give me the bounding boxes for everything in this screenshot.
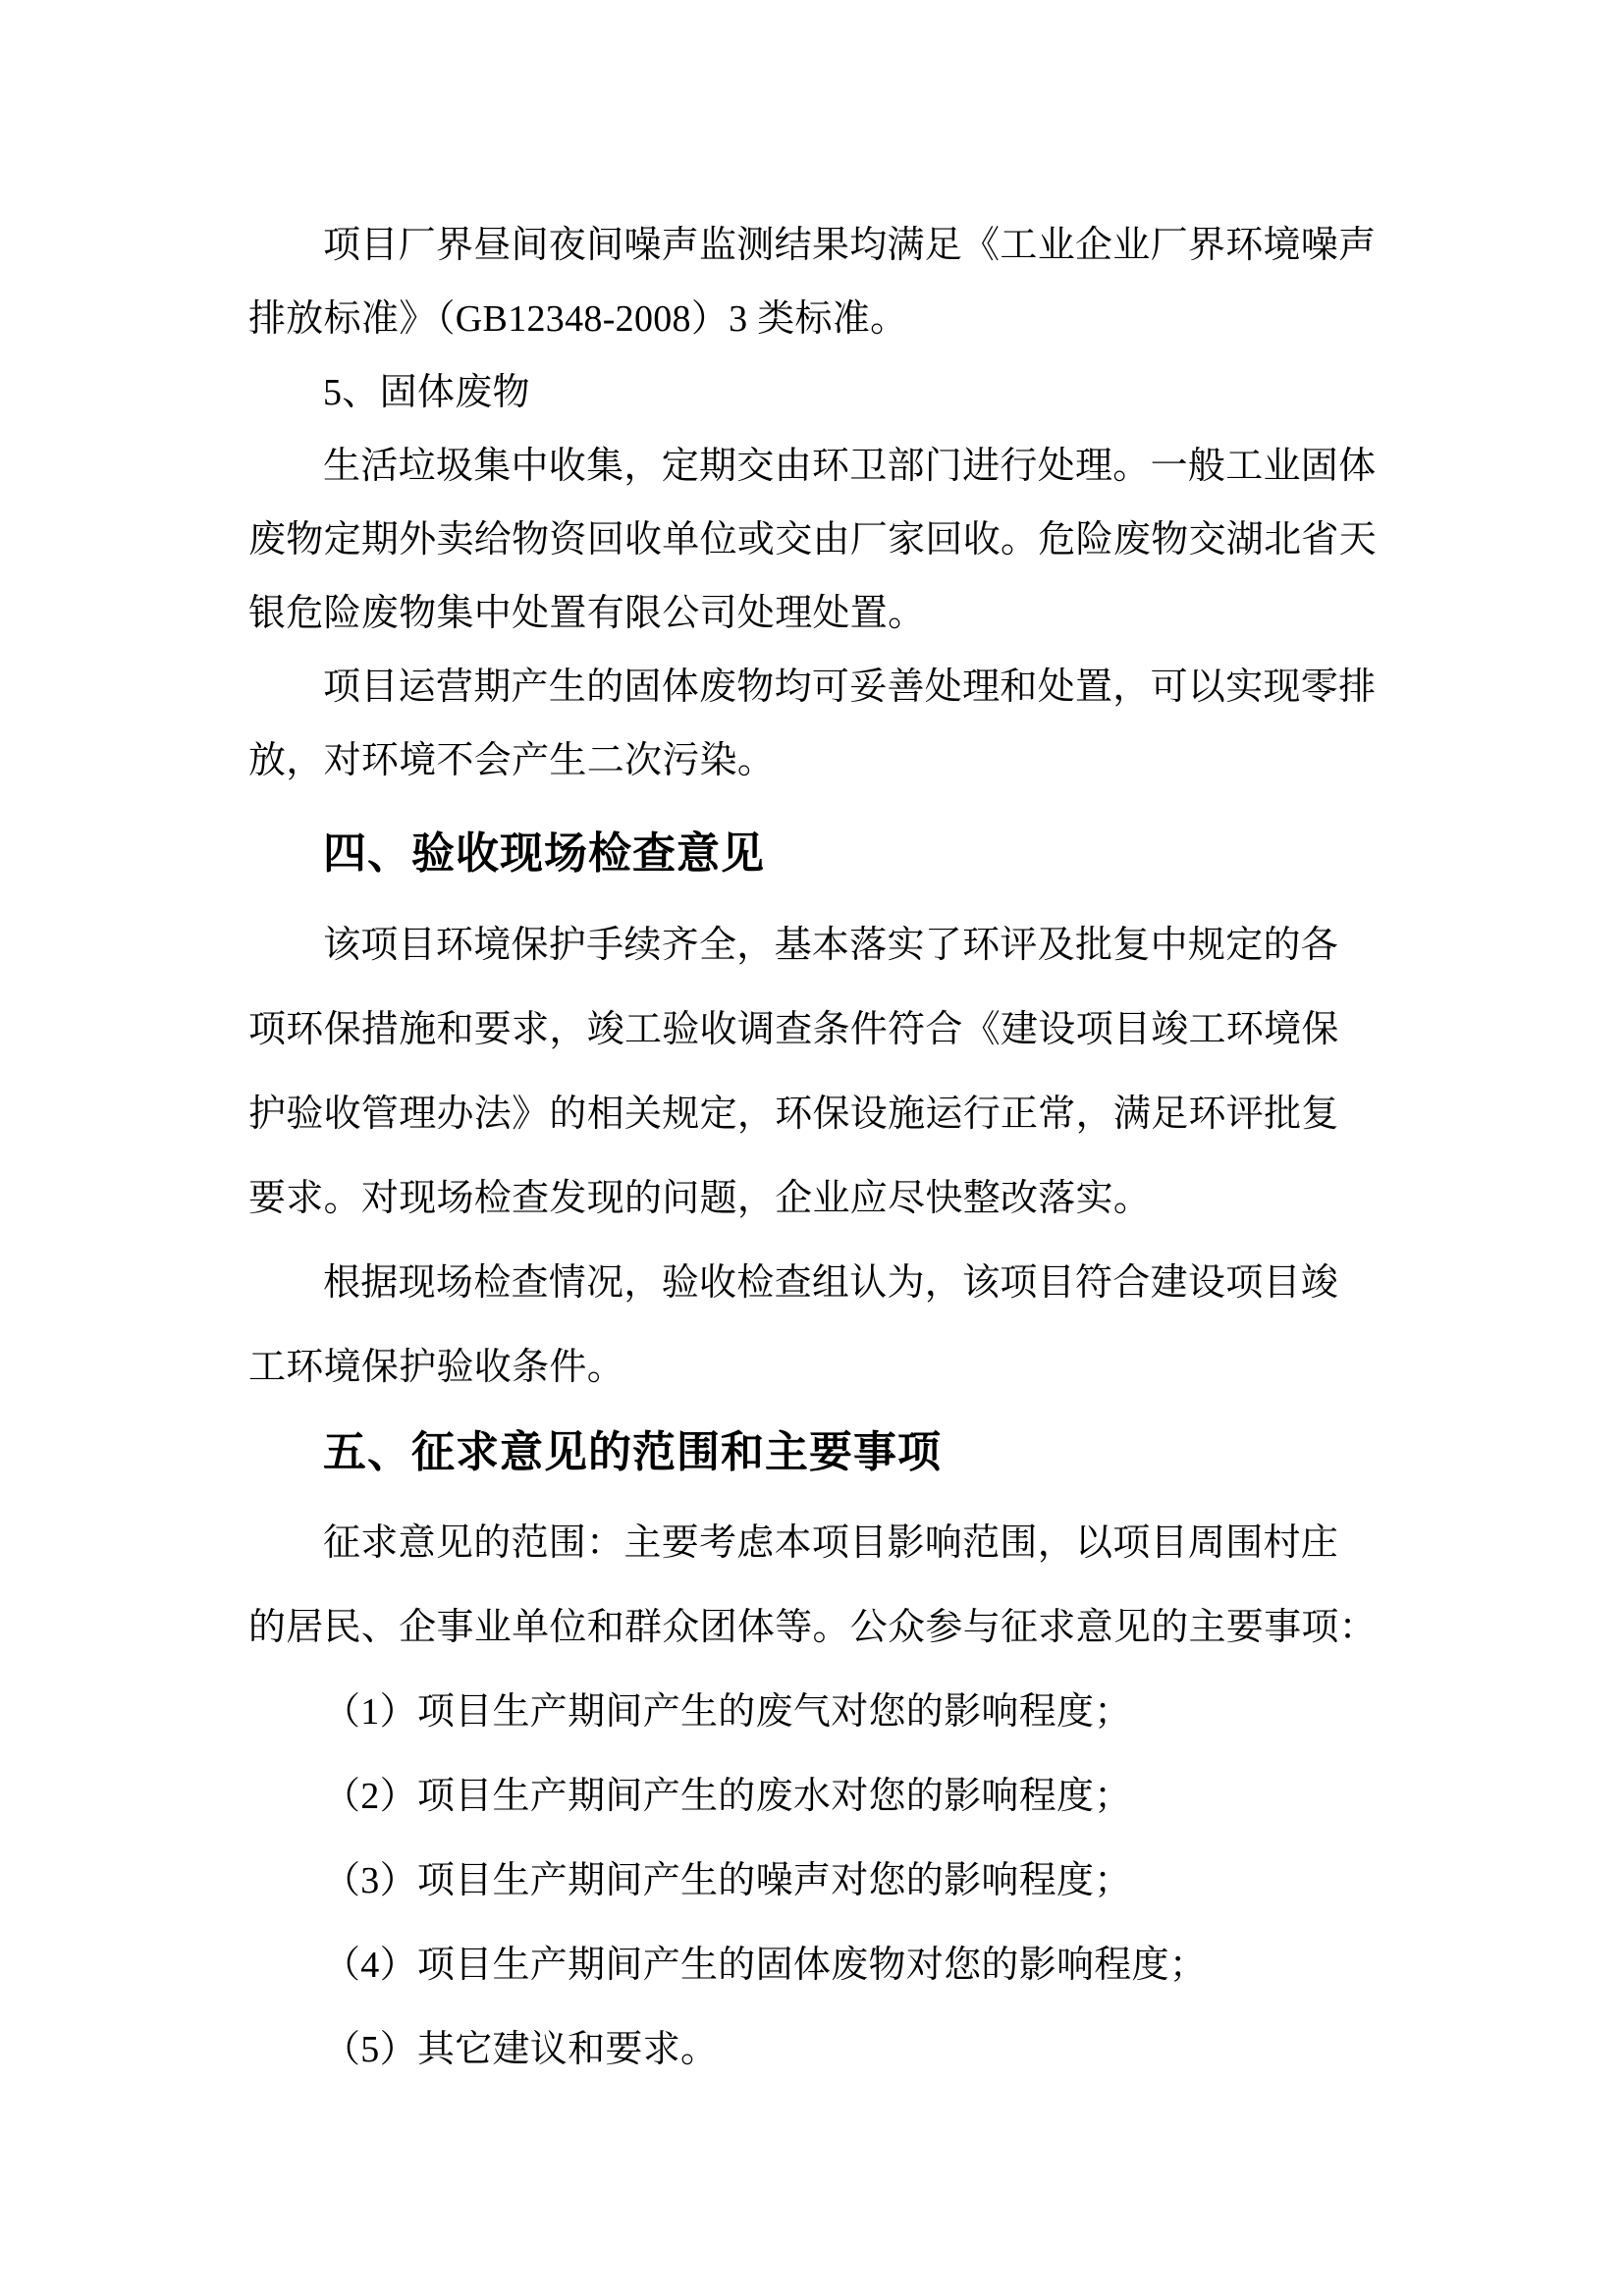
- text-line: （4）项目生产期间产生的固体废物对您的影响程度；: [248, 1923, 1378, 2007]
- paragraph: （2）项目生产期间产生的废水对您的影响程度；: [248, 1754, 1378, 1839]
- text-line: 项环保措施和要求，竣工验收调查条件符合《建设项目竣工环境保: [248, 988, 1378, 1072]
- text-line: 要求。对现场检查发现的问题，企业应尽快整改落实。: [248, 1156, 1378, 1241]
- section-heading: 四、验收现场检查意见: [248, 828, 1378, 880]
- text-line: 废物定期外卖给物资回收单位或交由厂家回收。危险废物交湖北省天: [248, 504, 1378, 577]
- paragraph: 该项目环境保护手续齐全，基本落实了环评及批复中规定的各项环保措施和要求，竣工验收…: [248, 903, 1378, 1241]
- paragraph: （1）项目生产期间产生的废气对您的影响程度；: [248, 1670, 1378, 1754]
- text-line: （2）项目生产期间产生的废水对您的影响程度；: [248, 1754, 1378, 1839]
- text-line: 生活垃圾集中收集，定期交由环卫部门进行处理。一般工业固体: [248, 430, 1378, 504]
- document-content: 项目厂界昼间夜间噪声监测结果均满足《工业企业厂界环境噪声排放标准》（GB1234…: [0, 0, 1378, 2092]
- text-line: 排放标准》（GB12348-2008）3 类标准。: [248, 283, 1378, 356]
- text-line: （3）项目生产期间产生的噪声对您的影响程度；: [248, 1839, 1378, 1923]
- paragraph: （5）其它建议和要求。: [248, 2007, 1378, 2092]
- heading-text-line: 五、征求意见的范围和主要事项: [248, 1427, 1378, 1478]
- paragraph: 生活垃圾集中收集，定期交由环卫部门进行处理。一般工业固体废物定期外卖给物资回收单…: [248, 430, 1378, 651]
- heading-text-line: 四、验收现场检查意见: [248, 828, 1378, 880]
- text-line: 征求意见的范围：主要考虑本项目影响范围，以项目周围村庄: [248, 1501, 1378, 1585]
- paragraph: （4）项目生产期间产生的固体废物对您的影响程度；: [248, 1923, 1378, 2007]
- text-line: 的居民、企事业单位和群众团体等。公众参与征求意见的主要事项：: [248, 1585, 1378, 1670]
- text-line: 项目运营期产生的固体废物均可妥善处理和处置，可以实现零排: [248, 651, 1378, 724]
- paragraph: 项目运营期产生的固体废物均可妥善处理和处置，可以实现零排放，对环境不会产生二次污…: [248, 651, 1378, 798]
- text-line: 5、固体废物: [248, 356, 1378, 430]
- document-page: 项目厂界昼间夜间噪声监测结果均满足《工业企业厂界环境噪声排放标准》（GB1234…: [0, 0, 1624, 2296]
- text-line: （1）项目生产期间产生的废气对您的影响程度；: [248, 1670, 1378, 1754]
- paragraph: 征求意见的范围：主要考虑本项目影响范围，以项目周围村庄的居民、企事业单位和群众团…: [248, 1501, 1378, 1670]
- text-line: （5）其它建议和要求。: [248, 2007, 1378, 2092]
- paragraph: 5、固体废物: [248, 356, 1378, 430]
- paragraph: （3）项目生产期间产生的噪声对您的影响程度；: [248, 1839, 1378, 1923]
- text-line: 根据现场检查情况，验收检查组认为，该项目符合建设项目竣: [248, 1241, 1378, 1325]
- section-heading: 五、征求意见的范围和主要事项: [248, 1427, 1378, 1478]
- text-line: 该项目环境保护手续齐全，基本落实了环评及批复中规定的各: [248, 903, 1378, 988]
- text-line: 工环境保护验收条件。: [248, 1325, 1378, 1410]
- paragraph: 根据现场检查情况，验收检查组认为，该项目符合建设项目竣工环境保护验收条件。: [248, 1241, 1378, 1410]
- paragraph: 项目厂界昼间夜间噪声监测结果均满足《工业企业厂界环境噪声排放标准》（GB1234…: [248, 209, 1378, 356]
- text-line: 放，对环境不会产生二次污染。: [248, 724, 1378, 798]
- text-line: 银危险废物集中处置有限公司处理处置。: [248, 577, 1378, 651]
- text-line: 护验收管理办法》的相关规定，环保设施运行正常，满足环评批复: [248, 1072, 1378, 1156]
- text-line: 项目厂界昼间夜间噪声监测结果均满足《工业企业厂界环境噪声: [248, 209, 1378, 283]
